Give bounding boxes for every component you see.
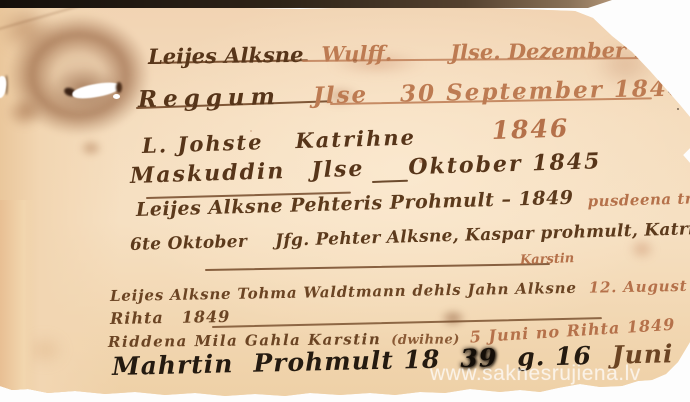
handwriting-line-6: 6te Oktober Jfg. Pehter Alksne, Kaspar p… [130, 220, 690, 254]
bottom-mid-stain [436, 306, 470, 330]
handwriting-line-7: Leijes Alksne Tohma Waldtmann dehls Jahn… [110, 278, 690, 304]
left-blob-stain [2, 92, 48, 132]
line-2-date: 30 September 1846 [400, 77, 686, 106]
line-7-date: 12. August no [589, 278, 690, 295]
line-5-note: pusdeena tri [587, 191, 690, 209]
dash-stroke [372, 180, 408, 183]
line-1-word: Wulff. [321, 43, 392, 65]
handwriting-line-6-continued: Karstin [520, 252, 575, 267]
line-8-year: 1849 [182, 309, 231, 326]
paper-scrap: Leijes Alksne Wulff. Jlse. Dezember 18 R… [0, 0, 690, 402]
line-2-word: Jlse [313, 83, 369, 107]
small-hole [113, 94, 120, 99]
tear-curl [116, 82, 122, 93]
handwriting-line-2: Reggum Jlse 30 September 1846 [138, 77, 686, 111]
line-3-name-2: Katrihne [295, 126, 416, 151]
scanned-document-image: Leijes Alksne Wulff. Jlse. Dezember 18 R… [0, 0, 690, 402]
line-3-name: L. Johste [142, 131, 264, 156]
watermark: www.saknesrujiena.lv [430, 362, 641, 386]
left-fold-shading [0, 200, 34, 400]
line-4-date: Oktober 1845 [408, 150, 602, 178]
line-10-name: Mahrtin [112, 351, 234, 379]
line-8-word: Rihta [110, 310, 164, 327]
line-10-surname: Prohmult 18 [253, 347, 441, 376]
line-2-name: Reggum [138, 85, 281, 111]
line-4-word: Jlse [311, 158, 365, 182]
line-4-name: Maskuddin [130, 160, 286, 187]
line-7-entry: Leijes Alksne Tohma Waldtmann dehls Jahn… [110, 281, 577, 304]
scanner-edge-strip [0, 0, 620, 8]
line-1-name: Leijes Alksne [148, 44, 304, 67]
line-1-date: Jlse. Dezember 18 [450, 39, 663, 63]
handwriting-line-5: Leijes Alksne Pehteris Prohmult – 1849 p… [136, 185, 690, 220]
line-6-name-2: Karstin [520, 252, 575, 267]
small-stain [76, 136, 106, 160]
line-3-year: 1846 [491, 116, 569, 143]
handwriting-line-8: Rihta 1849 [110, 309, 231, 327]
underline-line-6 [205, 263, 550, 271]
handwriting-line-1: Leijes Alksne Wulff. Jlse. Dezember 18 [148, 39, 663, 67]
line-5-entry: Leijes Alksne Pehteris Prohmult – 1849 [136, 189, 574, 220]
line-6-date: 6te Oktober [130, 234, 248, 254]
